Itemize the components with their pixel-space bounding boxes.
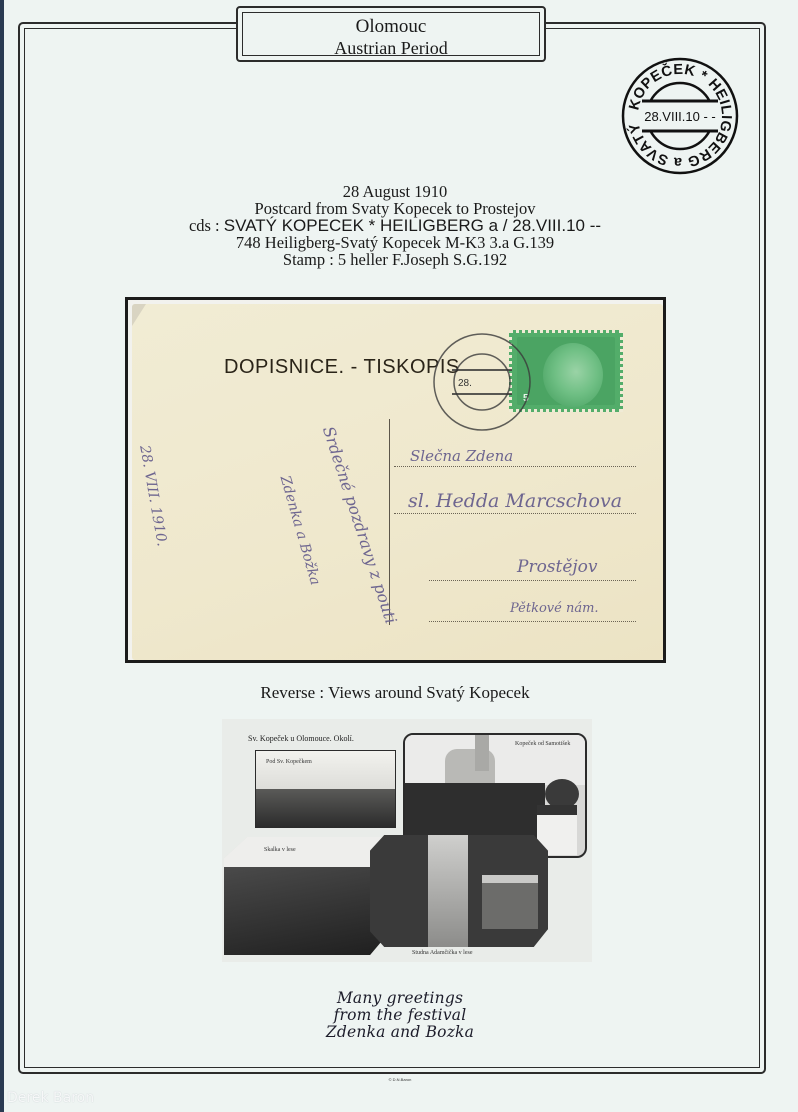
scan-edge bbox=[0, 0, 4, 1112]
page-title: Olomouc bbox=[243, 16, 539, 38]
watermark: Derek Baron bbox=[7, 1090, 94, 1106]
address-line-4: Pětkové nám. bbox=[510, 601, 599, 616]
postcard-postmark: 28. bbox=[422, 322, 542, 442]
reverse-heading: Sv. Kopeček u Olomouce. Okolí. bbox=[248, 734, 354, 743]
address-line-1: Slečna Zdena bbox=[410, 447, 513, 465]
address-line bbox=[394, 513, 636, 514]
caption-reference: 748 Heiligberg-Svatý Kopecek M-K3 3.a G.… bbox=[100, 234, 690, 251]
caption-stamp: Stamp : 5 heller F.Joseph S.G.192 bbox=[100, 251, 690, 268]
handwritten-signature: Zdenka a Božka bbox=[277, 474, 324, 587]
postmark-illustration: KOPEČEK * HEILIGBERG a SVATÝ 28.VIII.10 … bbox=[620, 56, 740, 176]
postcard: DOPISNICE. - TISKOPIS 5 28. 28. VIII. 19… bbox=[132, 304, 663, 660]
copyright: © D.N.Baron bbox=[370, 1077, 430, 1082]
address-line-3: Prostějov bbox=[517, 557, 598, 577]
franz-joseph-portrait bbox=[543, 343, 603, 407]
postmark-date: 28.VIII.10 - - bbox=[644, 109, 716, 124]
caption-date: 28 August 1910 bbox=[100, 183, 690, 200]
view-panel-3: Skalka v lese bbox=[224, 837, 390, 955]
handwritten-date: 28. VIII. 1910. bbox=[136, 444, 170, 548]
postcard-frame: DOPISNICE. - TISKOPIS 5 28. 28. VIII. 19… bbox=[125, 297, 666, 663]
description-block: 28 August 1910 Postcard from Svaty Kopec… bbox=[100, 183, 690, 268]
reverse-caption: Reverse : Views around Svatý Kopecek bbox=[100, 683, 690, 703]
postcard-reverse-image: Sv. Kopeček u Olomouce. Okolí. Pod Sv. K… bbox=[222, 719, 592, 962]
view-panel-4 bbox=[370, 835, 548, 947]
address-line bbox=[394, 466, 636, 467]
svg-text:28.: 28. bbox=[458, 378, 472, 389]
title-box: Olomouc Austrian Period bbox=[236, 6, 546, 62]
caption-cds: cds : SVATÝ KOPECEK * HEILIGBERG a / 28.… bbox=[100, 217, 690, 234]
translation: Many greetings from the festival Zdenka … bbox=[300, 990, 500, 1041]
address-line-2: sl. Hedda Marcschova bbox=[408, 490, 622, 512]
caption-description: Postcard from Svaty Kopecek to Prostejov bbox=[100, 200, 690, 217]
panel-4-label: Studna Adamčička v lese bbox=[412, 950, 472, 956]
address-line bbox=[429, 580, 636, 581]
address-line bbox=[429, 621, 636, 622]
page-subtitle: Austrian Period bbox=[243, 38, 539, 58]
view-panel-1: Pod Sv. Kopečkem bbox=[255, 750, 396, 828]
photo-corner bbox=[132, 304, 146, 326]
